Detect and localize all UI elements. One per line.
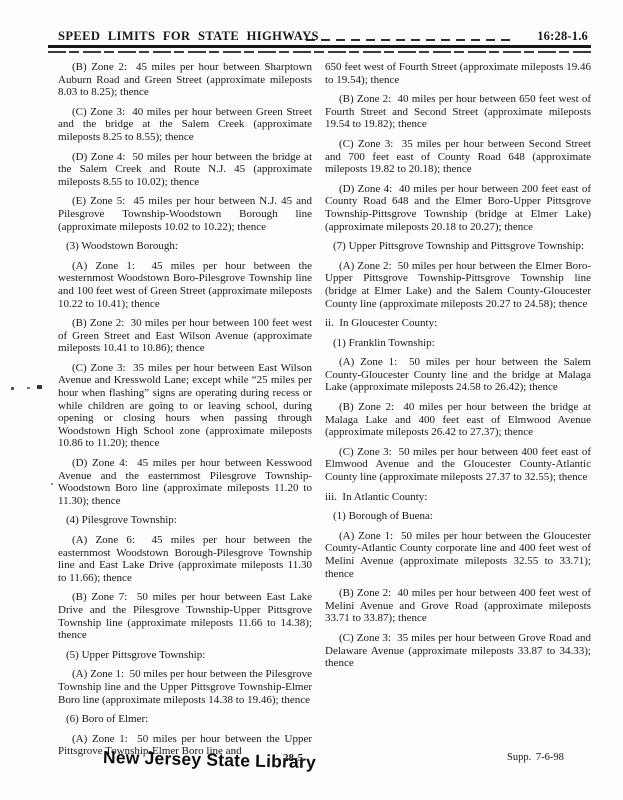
paragraph: (A) Zone 1: 50 miles per hour between th…	[325, 530, 591, 580]
paragraph: (B) Zone 2: 40 miles per hour between 40…	[325, 587, 591, 625]
paragraph: (C) Zone 3: 35 miles per hour between Gr…	[325, 632, 591, 670]
scanned-document-page: SPEED LIMITS FOR STATE HIGHWAYS 16:28-1.…	[0, 0, 623, 800]
paragraph: (B) Zone 7: 50 miles per hour between Ea…	[58, 591, 312, 641]
paragraph: (4) Pilesgrove Township:	[58, 514, 312, 527]
paragraph: 650 feet west of Fourth Street (approxim…	[325, 61, 591, 86]
scan-speck	[27, 387, 30, 389]
column-right: 650 feet west of Fourth Street (approxim…	[325, 61, 591, 765]
paragraph: (A) Zone 1: 45 miles per hour between th…	[58, 260, 312, 310]
paragraph: iii. In Atlantic County:	[325, 491, 591, 504]
page-number: 28-5	[283, 752, 303, 764]
supplement-note: Supp. 7-6-98	[507, 752, 564, 763]
paragraph: (B) Zone 2: 30 miles per hour between 10…	[58, 317, 312, 355]
paragraph: (C) Zone 3: 50 miles per hour between 40…	[325, 446, 591, 484]
column-left: (B) Zone 2: 45 miles per hour between Sh…	[58, 61, 312, 765]
paragraph: (1) Franklin Township:	[325, 337, 591, 350]
paragraph: (A) Zone 2: 50 miles per hour between th…	[325, 260, 591, 310]
paragraph: (3) Woodstown Borough:	[58, 240, 312, 253]
header-leader-dashes	[306, 39, 511, 41]
paragraph: (D) Zone 4: 45 miles per hour between Ke…	[58, 457, 312, 507]
paragraph: (B) Zone 2: 40 miles per hour between th…	[325, 401, 591, 439]
paragraph: (C) Zone 3: 35 miles per hour between Ea…	[58, 362, 312, 450]
paragraph: (C) Zone 3: 35 miles per hour between Se…	[325, 138, 591, 176]
scan-speck	[11, 387, 14, 390]
paragraph: (7) Upper Pittsgrove Township and Pittsg…	[325, 240, 591, 253]
paragraph: ii. In Gloucester County:	[325, 317, 591, 330]
text-columns: (B) Zone 2: 45 miles per hour between Sh…	[58, 61, 591, 765]
running-head-title: SPEED LIMITS FOR STATE HIGHWAYS	[58, 29, 319, 44]
paragraph: (5) Upper Pittsgrove Township:	[58, 649, 312, 662]
paragraph: (C) Zone 3: 40 miles per hour between Gr…	[58, 106, 312, 144]
paragraph: (D) Zone 4: 50 miles per hour between th…	[58, 151, 312, 189]
scan-speck	[37, 385, 42, 389]
paragraph: (A) Zone 6: 45 miles per hour between th…	[58, 534, 312, 584]
section-number: 16:28-1.6	[537, 29, 588, 44]
scan-speck	[51, 483, 53, 485]
paragraph: (E) Zone 5: 45 miles per hour between N.…	[58, 195, 312, 233]
header-rule-solid	[48, 45, 591, 48]
paragraph: (6) Boro of Elmer:	[58, 713, 312, 726]
paragraph: (B) Zone 2: 45 miles per hour between Sh…	[58, 61, 312, 99]
paragraph: (A) Zone 1: 50 miles per hour between th…	[325, 356, 591, 394]
header-rule-dashed	[48, 51, 591, 53]
paragraph: (D) Zone 4: 40 miles per hour between 20…	[325, 183, 591, 233]
paragraph: (1) Borough of Buena:	[325, 510, 591, 523]
paragraph: (B) Zone 2: 40 miles per hour between 65…	[325, 93, 591, 131]
paragraph: (A) Zone 1: 50 miles per hour between th…	[58, 668, 312, 706]
